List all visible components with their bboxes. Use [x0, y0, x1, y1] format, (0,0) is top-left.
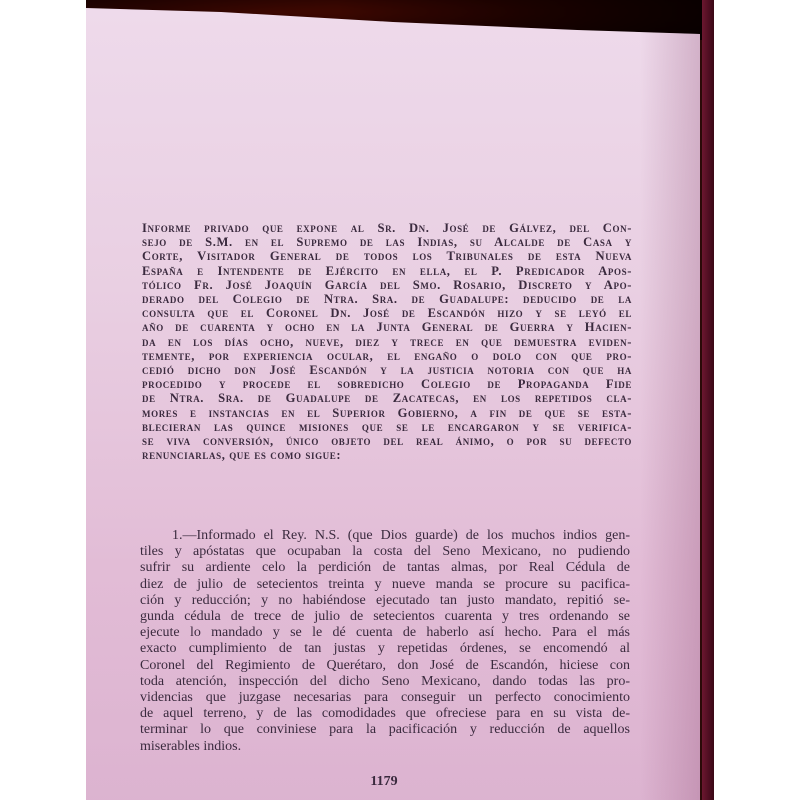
paragraph-1: 1.—Informado el Rey. N.S. (que Dios guar… — [140, 528, 630, 755]
body-line: miserables indios. — [140, 739, 630, 755]
heading-line: procedido y procede el sobredicho Colegi… — [152, 377, 632, 391]
body-line: ejecute lo mandado y se le dé cuenta de … — [140, 625, 630, 641]
page-text: Informe privado que expone al Sr. Dn. Jo… — [142, 221, 632, 462]
heading-line: da en los días ocho, nueve, diez y trece… — [152, 335, 632, 349]
heading-line: derado del Colegio de Ntra. Sra. de Guad… — [152, 292, 632, 306]
book-cover-edge — [702, 0, 714, 800]
heading-line: España e Intendente de Ejército en ella,… — [152, 264, 632, 278]
heading-line: Corte, Visitador General de todos los Tr… — [152, 249, 632, 263]
heading-line: se viva conversión, único objeto del rea… — [152, 434, 632, 448]
heading-line: consulta que el Coronel Dn. José de Esca… — [152, 306, 632, 320]
body-line: ción y reducción; y no habiéndose ejecut… — [140, 593, 630, 609]
body-line: videncias que juzgase necesarias para co… — [140, 690, 630, 706]
page-number: 1179 — [86, 774, 691, 790]
heading-line: año de cuarenta y ocho en la Junta Gener… — [152, 320, 632, 334]
body-line: toda atención, inspección del dicho Seno… — [140, 674, 630, 690]
report-title-paragraph: Informe privado que expone al Sr. Dn. Jo… — [142, 221, 632, 462]
heading-line: Informe privado que expone al Sr. Dn. Jo… — [152, 221, 632, 235]
body-line: exacto cumplimiento de tan justas y repe… — [140, 641, 630, 657]
heading-line: tólico Fr. José Joaquín García del Smo. … — [152, 278, 632, 292]
heading-line: blecieran las quince misiones que se le … — [152, 420, 632, 434]
page-shadow — [640, 8, 700, 800]
heading-line: sejo de S.M. en el Supremo de las Indias… — [152, 235, 632, 249]
photographed-book-page: Informe privado que expone al Sr. Dn. Jo… — [86, 0, 714, 800]
book-page: Informe privado que expone al Sr. Dn. Jo… — [86, 8, 700, 800]
body-line: terminar lo que conviniese para la pacif… — [140, 722, 630, 738]
body-line: gunda cédula de trece de julio de seteci… — [140, 609, 630, 625]
body-line: Coronel del Regimiento de Querétaro, don… — [140, 658, 630, 674]
body-line: 1.—Informado el Rey. N.S. (que Dios guar… — [140, 528, 630, 544]
heading-line: renunciarlas, que es como sigue: — [152, 448, 632, 462]
heading-line: temente, por experiencia ocular, el enga… — [152, 349, 632, 363]
body-line: diez de julio de setecientos treinta y n… — [140, 577, 630, 593]
heading-line: cedió dicho don José Escandón y la justi… — [152, 363, 632, 377]
heading-line: de Ntra. Sra. de Guadalupe de Zacatecas,… — [152, 391, 632, 405]
body-line: tiles y apóstatas que ocupaban la costa … — [140, 544, 630, 560]
heading-line: mores e instancias en el Superior Gobier… — [152, 406, 632, 420]
body-line: de aquel terreno, y de las comodidades q… — [140, 706, 630, 722]
body-line: sufrir su ardiente celo la perdición de … — [140, 560, 630, 576]
